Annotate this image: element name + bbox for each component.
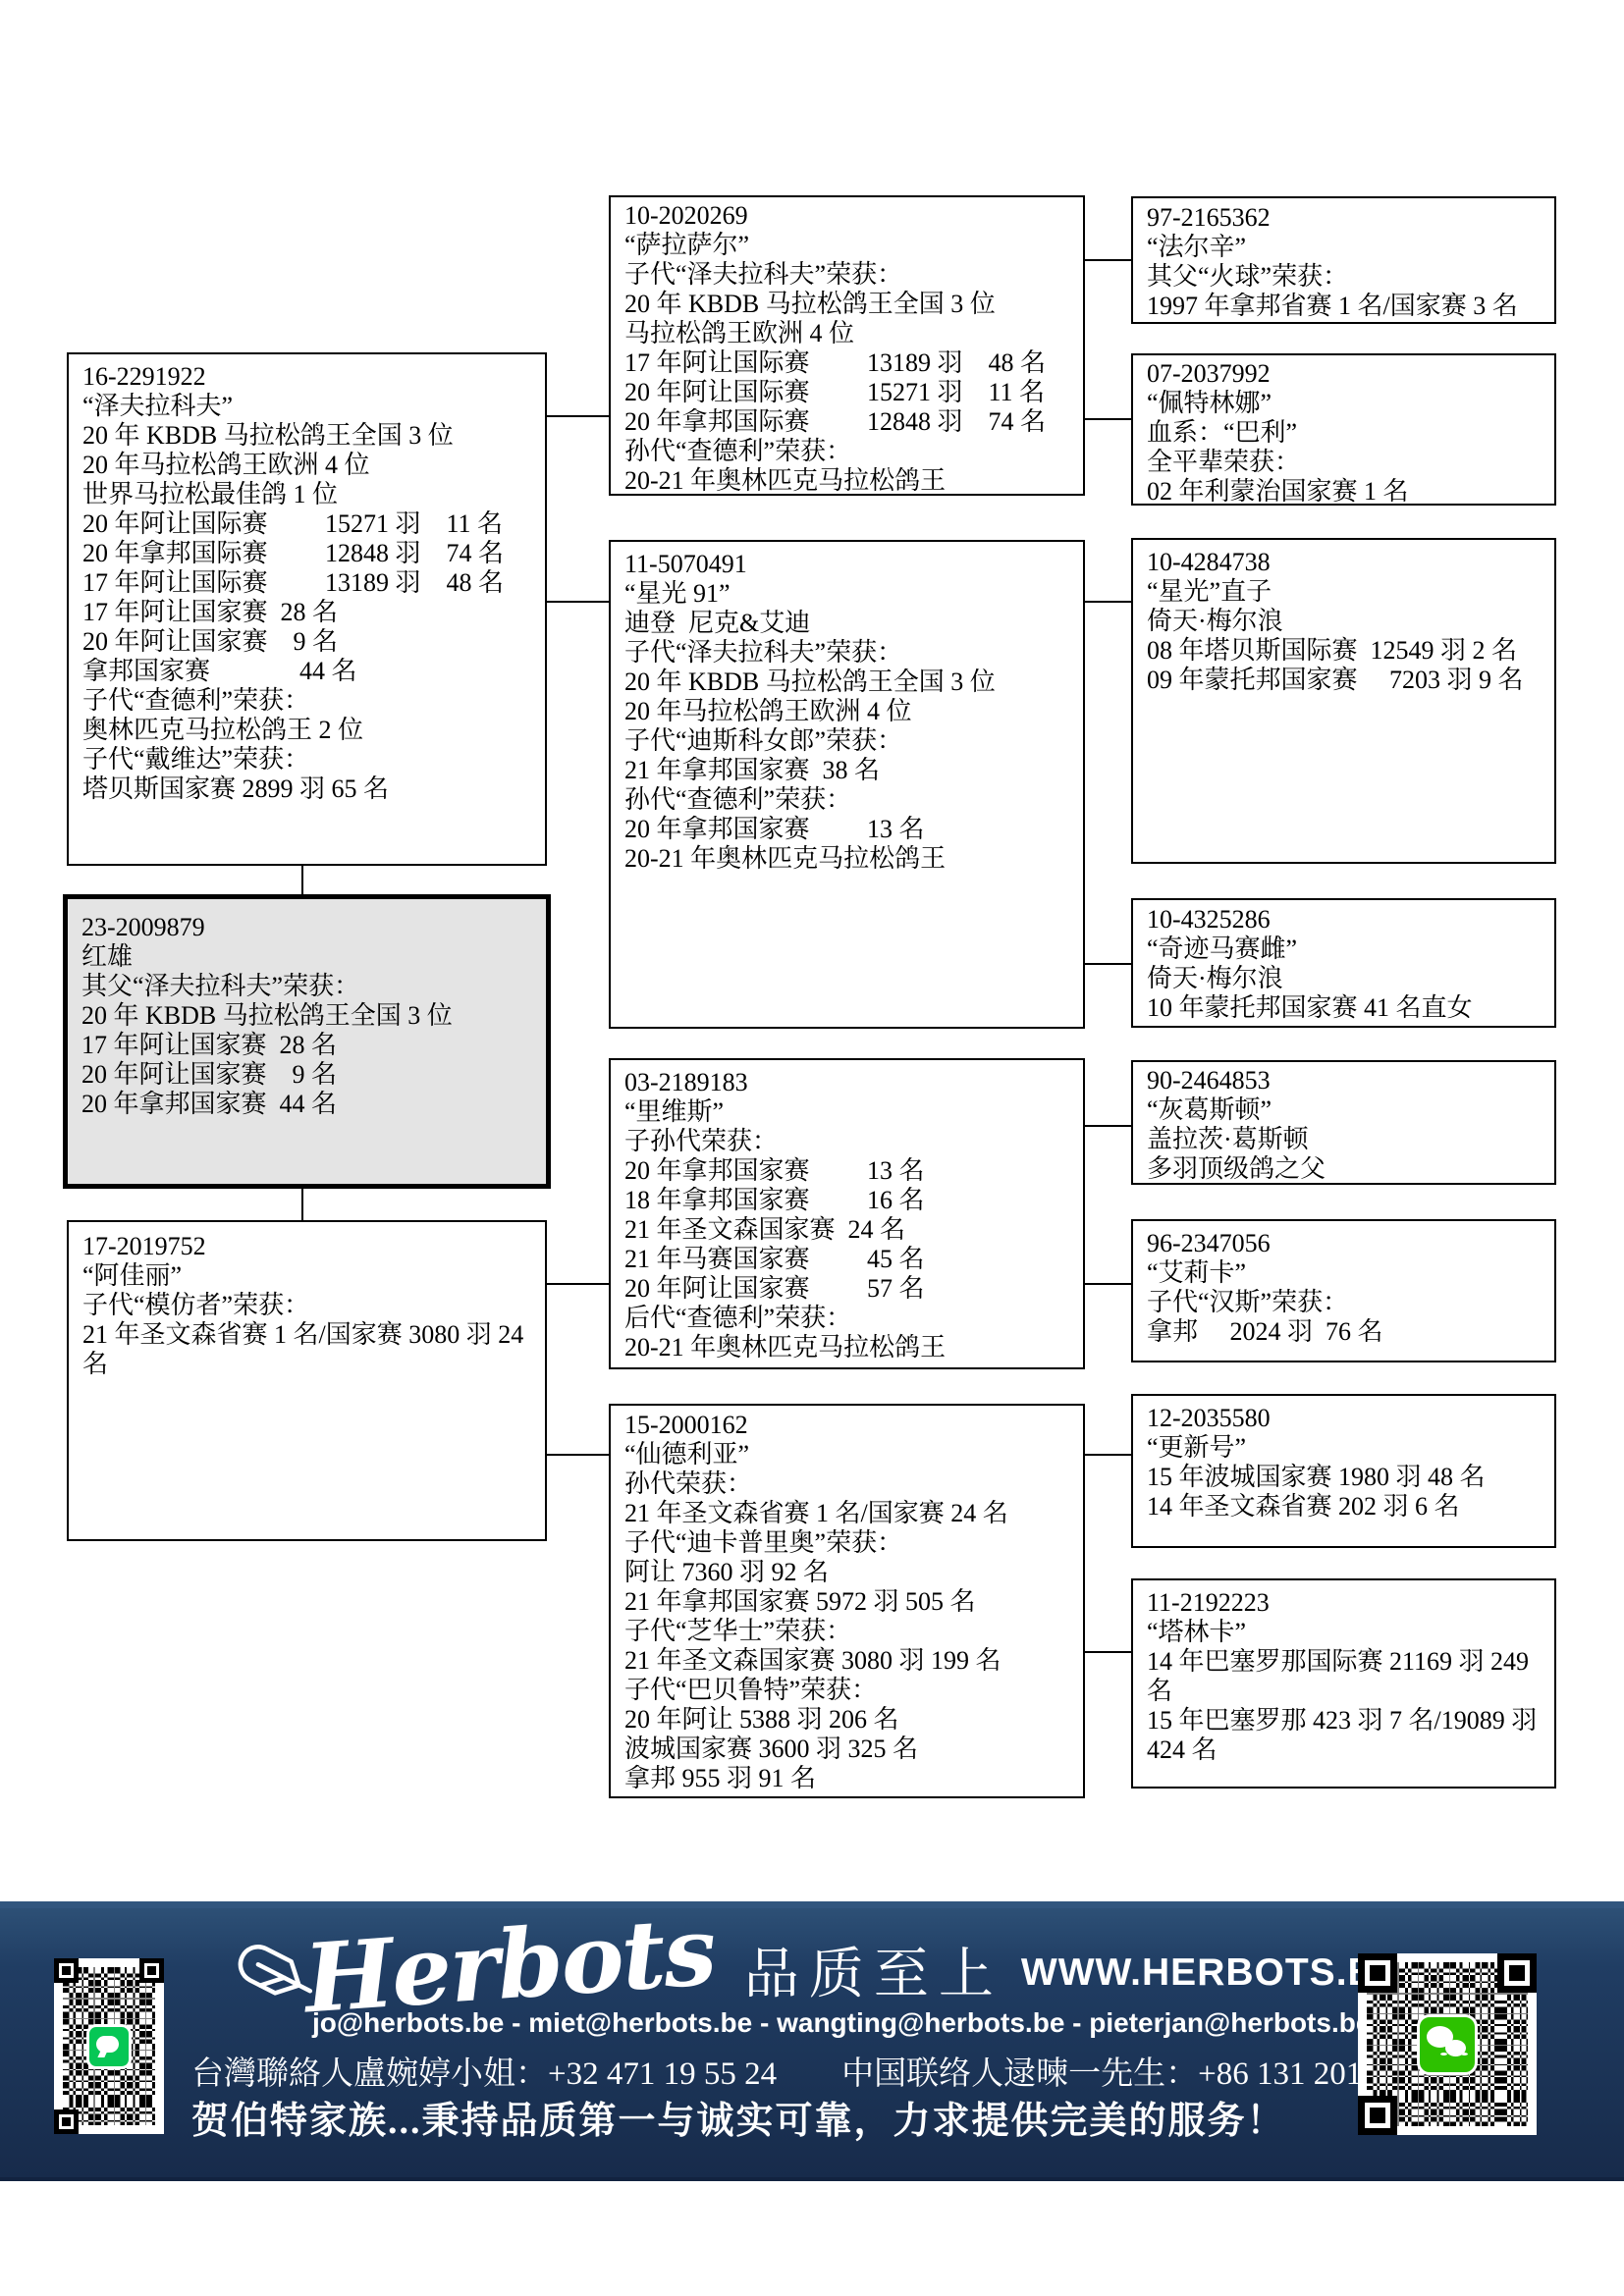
connector-line	[1085, 1454, 1131, 1456]
connector-line	[1085, 1283, 1131, 1285]
footer-tagline: 贺伯特家族...秉持品质第一与诚实可靠，力求提供完美的服务！	[191, 2090, 1286, 2144]
connector-line	[547, 415, 609, 417]
pedigree-box-grandfather-paternal: 10-2020269 “萨拉萨尔” 子代“泽夫拉科夫”荣获： 20 年 KBDB…	[609, 195, 1085, 496]
connector-line	[301, 866, 303, 894]
brand-row: Herbots 品质至上 WWW.HERBOTS.BE	[238, 1918, 1403, 2012]
pedigree-box-mother: 17-2019752 “阿佳丽” 子代“模仿者”荣获： 21 年圣文森省赛 1 …	[67, 1220, 547, 1541]
connector-line	[547, 1454, 609, 1456]
pedigree-box-ggp-8: 11-2192223 “塔林卡” 14 年巴塞罗那国际赛 21169 羽 249…	[1131, 1578, 1556, 1789]
connector-line	[547, 601, 609, 603]
website-url: WWW.HERBOTS.BE	[1021, 1951, 1403, 1995]
qr-finder-icon	[1358, 1953, 1397, 1993]
connector-line	[1085, 1125, 1131, 1127]
pedigree-box-ggp-7: 12-2035580 “更新号” 15 年波城国家赛 1980 羽 48 名 1…	[1131, 1394, 1556, 1548]
footer-banner: Herbots 品质至上 WWW.HERBOTS.BE jo@herbots.b…	[0, 1901, 1624, 2181]
qr-finder-icon	[1358, 2096, 1397, 2135]
connector-line	[1085, 963, 1131, 965]
pedigree-box-ggp-1: 97-2165362 “法尔辛” 其父“火球”荣获： 1997 年拿邦省赛 1 …	[1131, 196, 1556, 324]
line-qr-code	[54, 1958, 164, 2134]
connector-line	[1085, 601, 1131, 603]
wechat-icon	[1417, 2014, 1478, 2075]
qr-finder-icon	[139, 1958, 164, 1983]
qr-finder-icon	[54, 1958, 79, 1983]
line-app-icon	[86, 2024, 132, 2069]
pedigree-box-ggp-3: 10-4284738 “星光”直子 倚天·梅尔浪 08 年塔贝斯国际赛 1254…	[1131, 538, 1556, 864]
connector-line	[1085, 418, 1131, 420]
connector-line	[1085, 1651, 1131, 1653]
pedigree-box-ggp-4: 10-4325286 “奇迹马赛雌” 倚天·梅尔浪 10 年蒙托邦国家赛 41 …	[1131, 898, 1556, 1028]
pedigree-box-grandfather-maternal: 03-2189183 “里维斯” 子孙代荣获： 20 年拿邦国家赛 13 名 1…	[609, 1058, 1085, 1369]
pedigree-box-ggp-6: 96-2347056 “艾莉卡” 子代“汉斯”荣获： 拿邦 2024 羽 76 …	[1131, 1219, 1556, 1362]
contact-phones: 台灣聯絡人盧婉婷小姐：+32 471 19 55 24 中国联络人逯暕一先生：+…	[191, 2048, 1451, 2094]
contact-emails: jo@herbots.be - miet@herbots.be - wangti…	[312, 2007, 1371, 2039]
pedigree-page: 16-2291922 “泽夫拉科夫” 20 年 KBDB 马拉松鸽王全国 3 位…	[0, 0, 1624, 2296]
pedigree-box-grandmother-maternal: 15-2000162 “仙德利亚” 孙代荣获： 21 年圣文森省赛 1 名/国家…	[609, 1404, 1085, 1798]
connector-line	[1085, 259, 1131, 261]
pedigree-box-ggp-5: 90-2464853 “灰葛斯顿” 盖拉茨·葛斯顿 多羽顶级鸽之父	[1131, 1060, 1556, 1185]
feather-icon	[238, 1937, 308, 2007]
wechat-qr-code	[1358, 1953, 1537, 2135]
connector-line	[301, 1189, 303, 1220]
qr-finder-icon	[54, 2109, 79, 2134]
connector-line	[547, 1283, 609, 1285]
pedigree-box-father: 16-2291922 “泽夫拉科夫” 20 年 KBDB 马拉松鸽王全国 3 位…	[67, 352, 547, 866]
brand-slogan: 品质至上	[744, 1931, 1003, 2009]
pedigree-box-grandmother-paternal: 11-5070491 “星光 91” 迪登 尼克&艾迪 子代“泽夫拉科夫”荣获：…	[609, 540, 1085, 1029]
pedigree-box-ggp-2: 07-2037992 “佩特林娜” 血系：“巴利” 全平辈荣获： 02 年利蒙治…	[1131, 353, 1556, 506]
pedigree-box-subject: 23-2009879 红雄 其父“泽夫拉科夫”荣获： 20 年 KBDB 马拉松…	[63, 894, 551, 1189]
qr-finder-icon	[1497, 1953, 1537, 1993]
